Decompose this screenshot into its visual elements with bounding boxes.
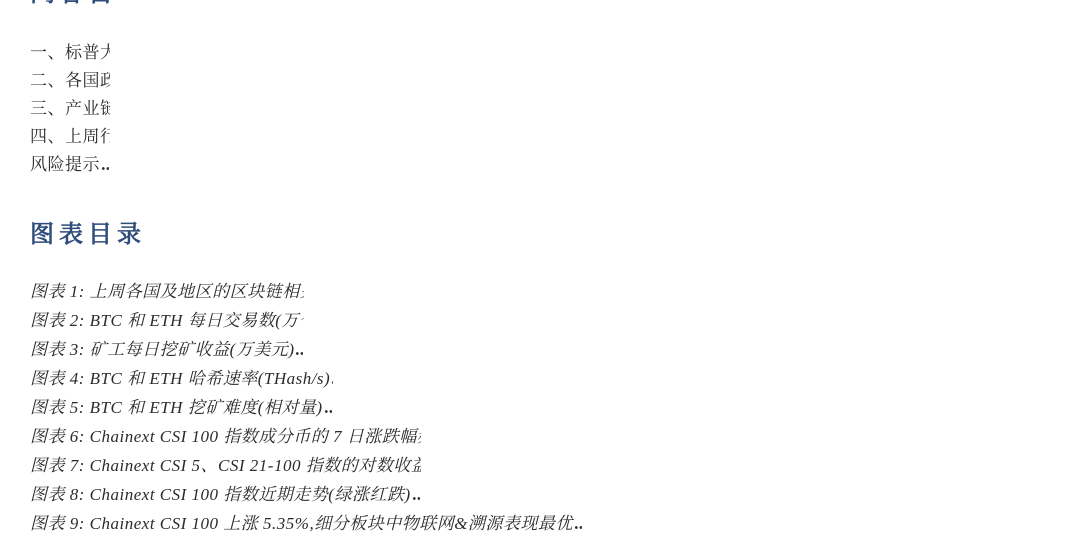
figure-entry-label: 图表 4: BTC 和 ETH 哈希速率(THash/s) <box>30 367 330 390</box>
figure-entry-label: 图表 9: Chainext CSI 100 上涨 5.35%,细分板块中物联网… <box>30 512 573 535</box>
dotted-leader <box>101 153 109 176</box>
toc-page: 内容目录 一、标普大琼斯将推出加密货币指数,苏州开展数字人民币红包试点 3 二、… <box>0 0 1080 559</box>
dotted-leader <box>324 396 332 419</box>
figure-entry-label: 图表 2: BTC 和 ETH 每日交易数(万个) <box>30 309 323 332</box>
figure-entry-label: 图表 5: BTC 和 ETH 挖矿难度(相对量) <box>30 396 323 419</box>
figure-entry[interactable]: 图表 9: Chainext CSI 100 上涨 5.35%,细分板块中物联网… <box>30 506 1062 535</box>
figure-entry-label: 图表 7: Chainext CSI 5、CSI 21-100 指数的对数收益率… <box>30 454 481 477</box>
figure-entry-label: 图表 8: Chainext CSI 100 指数近期走势(绿涨红跌) <box>30 483 411 506</box>
dotted-leader <box>295 338 303 361</box>
figures-list: 图表 1: 上周各国及地区的区块链相关重大新闻整理 4 图表 2: BTC 和 … <box>30 274 1062 535</box>
toc-entry-label: 风险提示 <box>30 153 100 176</box>
figure-entry-label: 图表 3: 矿工每日挖矿收益(万美元) <box>30 338 294 361</box>
figure-entry-page: 6 <box>583 0 1062 535</box>
dotted-leader <box>574 512 582 535</box>
dotted-leader <box>412 483 420 506</box>
